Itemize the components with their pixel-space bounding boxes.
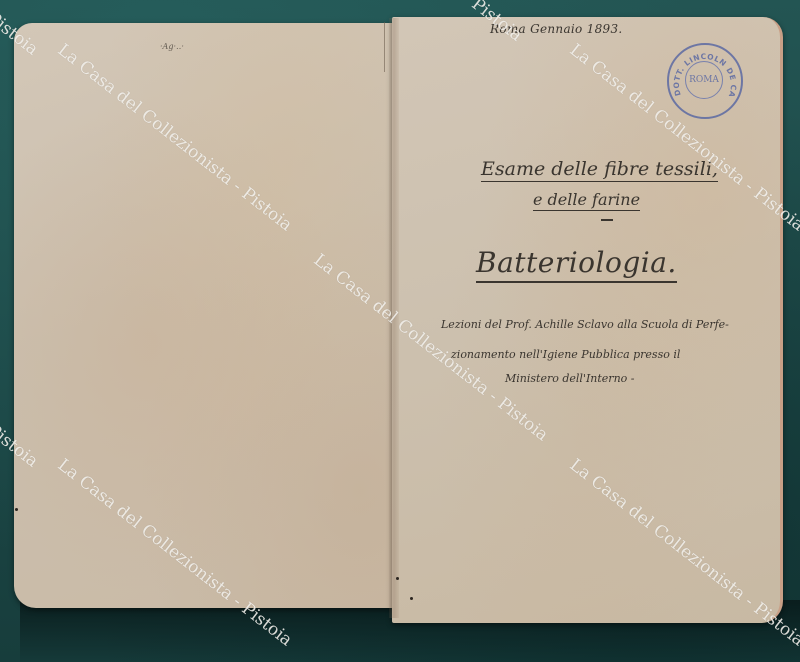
subtitle-line-1: Lezioni del Prof. Achille Sclavo alla Sc… <box>441 318 729 331</box>
title-line-1: Esame delle fibre tessili, <box>481 158 718 182</box>
stamp-center: ROMA <box>685 61 723 99</box>
title-divider <box>601 219 613 221</box>
date-line: Roma Gennaio 1893. <box>490 22 623 36</box>
pencil-mark: ·Ag·‥· <box>160 42 184 51</box>
left-page <box>14 23 398 608</box>
binding-thread <box>384 22 387 72</box>
subtitle-line-2: zionamento nell'Igiene Pubblica presso i… <box>451 348 680 361</box>
book-spine <box>389 18 399 618</box>
foxing-spot <box>15 508 18 511</box>
foxing-spot <box>396 577 399 580</box>
main-title: Batteriologia. <box>476 246 677 283</box>
ownership-stamp: DOTT. LINCOLN DE CASTRO ROMA <box>667 43 743 119</box>
title-line-2: e delle farine <box>533 190 640 211</box>
foxing-spot <box>410 597 413 600</box>
subtitle-line-3: Ministero dell'Interno - <box>505 372 635 385</box>
